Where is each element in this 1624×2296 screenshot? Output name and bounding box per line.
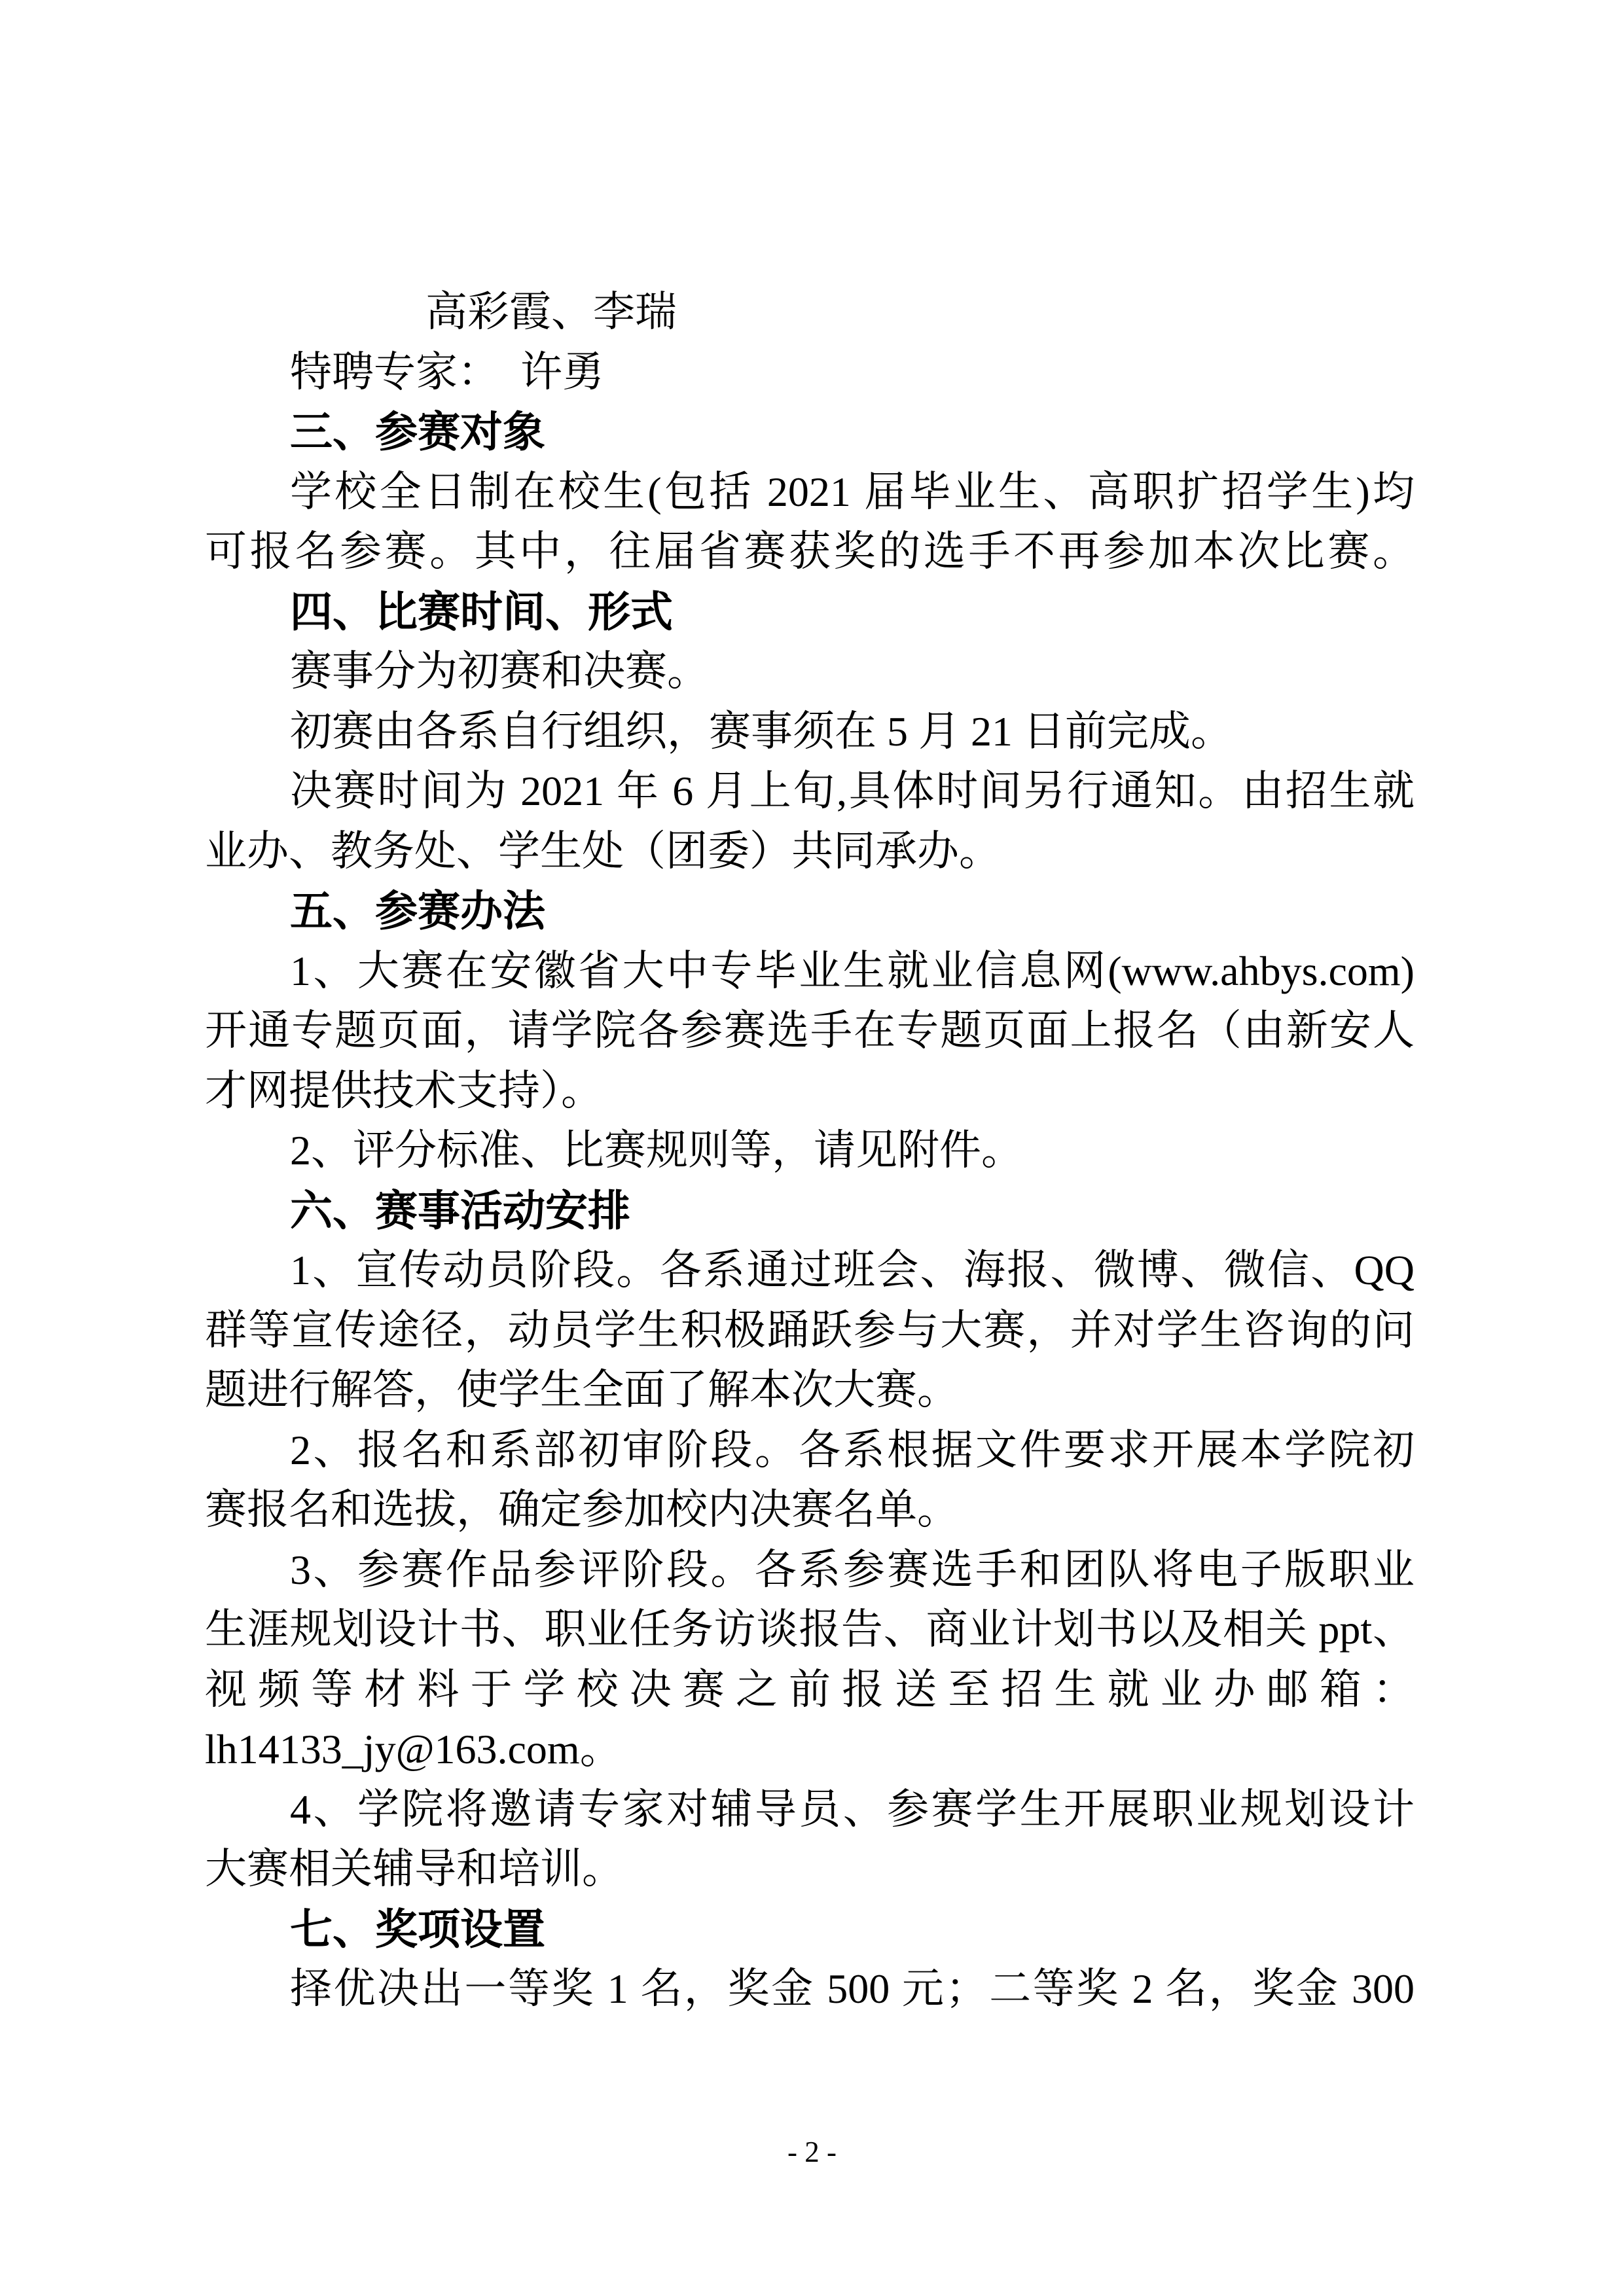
document-page: 高彩霞、李瑞 特聘专家： 许勇 三、参赛对象 学校全日制在校生(包括 2021 … xyxy=(0,0,1624,2296)
doc-line: 视频等材料于学校决赛之前报送至招生就业办邮箱： xyxy=(205,1660,1415,1720)
doc-line: 学校全日制在校生(包括 2021 届毕业生、高职扩招学生)均 xyxy=(205,462,1415,522)
doc-line: 1、大赛在安徽省大中专毕业生就业信息网(www.ahbys.com) xyxy=(205,941,1415,1001)
page-number: - 2 - xyxy=(0,2132,1624,2172)
doc-line: 1、宣传动员阶段。各系通过班会、海报、微博、微信、QQ xyxy=(205,1240,1415,1300)
doc-line: 生涯规划设计书、职业任务访谈报告、商业计划书以及相关 ppt、 xyxy=(205,1600,1415,1660)
doc-line: 大赛相关辅导和培训。 xyxy=(205,1839,1415,1899)
section-heading-5: 五、参赛办法 xyxy=(205,881,1415,941)
section-heading-7: 七、奖项设置 xyxy=(205,1899,1415,1960)
special-expert-line: 特聘专家： 许勇 xyxy=(205,342,1415,403)
doc-line: 开通专题页面，请学院各参赛选手在专题页面上报名（由新安人 xyxy=(205,1001,1415,1061)
doc-line: 初赛由各系自行组织，赛事须在 5 月 21 日前完成。 xyxy=(205,702,1415,762)
judges-names-line: 高彩霞、李瑞 xyxy=(205,282,1415,342)
section-heading-6: 六、赛事活动安排 xyxy=(205,1181,1415,1241)
document-body: 高彩霞、李瑞 特聘专家： 许勇 三、参赛对象 学校全日制在校生(包括 2021 … xyxy=(205,282,1415,2019)
doc-line: 3、参赛作品参评阶段。各系参赛选手和团队将电子版职业 xyxy=(205,1540,1415,1600)
doc-line: 2、报名和系部初审阶段。各系根据文件要求开展本学院初 xyxy=(205,1420,1415,1480)
doc-line: 2、评分标准、比赛规则等，请见附件。 xyxy=(205,1121,1415,1181)
doc-line: 群等宣传途径，动员学生积极踊跃参与大赛，并对学生咨询的问 xyxy=(205,1300,1415,1361)
doc-line: 题进行解答，使学生全面了解本次大赛。 xyxy=(205,1360,1415,1420)
doc-line: 可报名参赛。其中，往届省赛获奖的选手不再参加本次比赛。 xyxy=(205,522,1415,582)
doc-line: 4、学院将邀请专家对辅导员、参赛学生开展职业规划设计 xyxy=(205,1780,1415,1840)
doc-line: 才网提供技术支持）。 xyxy=(205,1061,1415,1121)
doc-line: 赛事分为初赛和决赛。 xyxy=(205,641,1415,702)
doc-line: 择优决出一等奖 1 名，奖金 500 元；二等奖 2 名，奖金 300 xyxy=(205,1959,1415,2019)
section-heading-3: 三、参赛对象 xyxy=(205,402,1415,462)
doc-line: 决赛时间为 2021 年 6 月上旬,具体时间另行通知。由招生就 xyxy=(205,761,1415,821)
section-heading-4: 四、比赛时间、形式 xyxy=(205,582,1415,642)
doc-line: 业办、教务处、学生处（团委）共同承办。 xyxy=(205,821,1415,882)
email-address: lh14133_jy@163.com。 xyxy=(205,1719,1415,1780)
doc-line: 赛报名和选拔，确定参加校内决赛名单。 xyxy=(205,1480,1415,1540)
